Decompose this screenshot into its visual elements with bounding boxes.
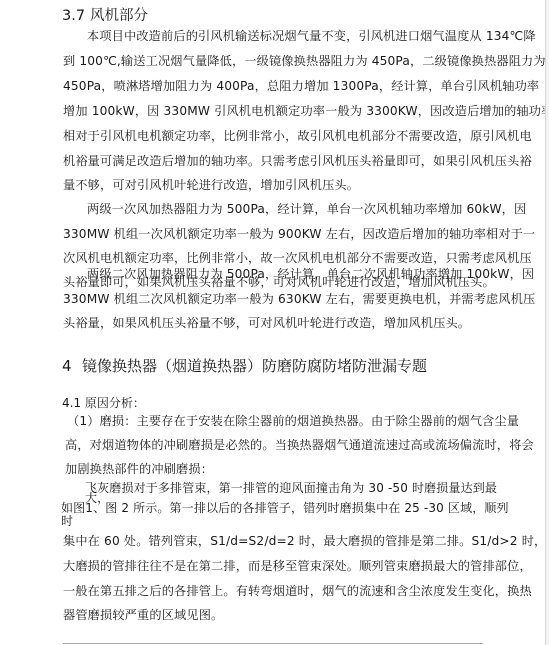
paragraph-line-wrap: 时 xyxy=(61,513,73,529)
paragraph-line: 集中在 60 处。错列管束，S1/d=S2/d=2 时，最大磨损的管排是第二排。… xyxy=(63,533,549,549)
document-page: 3.7风机部分 本项目中改造前后的引风机输送标况烟气量不变，引风机进口烟气温度从… xyxy=(0,0,545,645)
viewer-right-edge xyxy=(545,0,549,645)
paragraph-line: 一般在第五排之后的各排管上。有转弯烟道时，烟气的流速和含尘浓度发生变化，换热 xyxy=(63,583,532,599)
paragraph-line: 量不够，可对引风机叶轮进行改造，增加引风机压头。 xyxy=(63,177,359,193)
paragraph-line: 机裕量可满足改造后增加的轴功率。只需考虑引风机压头裕量即可，如果引风机压头裕 xyxy=(63,153,532,169)
paragraph-line: 450Pa，喷淋塔增加阻力为 400Pa，总阻力增加 1300Pa，经计算，单台… xyxy=(63,78,539,94)
paragraph-line: 到 100℃,输送工况烟气量降低，一级镜像换热器阻力为 450Pa，二级镜像换热… xyxy=(63,53,546,69)
paragraph-line: 330MW 机组二次风机额定功率一般为 630KW 左右，需要更换电机，并需考虑… xyxy=(63,291,535,307)
subsection-4-1-heading: 4.1 原因分析： xyxy=(62,395,145,411)
paragraph-line: 相对于引风机电机额定功率，比例非常小，故引风机电机部分不需要改造，原引风机电 xyxy=(63,128,532,144)
section-number: 4 xyxy=(62,357,82,375)
paragraph-line: 330MW 机组一次风机额定功率一般为 900KW 左右，因改造后增加的轴功率相… xyxy=(63,226,535,242)
paragraph-line: （1）磨损：主要存在于安装在除尘器前的烟道换热器。由于除尘器前的烟气含尘量 xyxy=(67,413,519,429)
section-number: 3.7 xyxy=(62,7,90,25)
paragraph-line: 两级二次风加热器阻力为 500Pa，经计算，单台二次风机轴功率增加 100kW，… xyxy=(87,266,534,282)
paragraph-line: 飞灰磨损对于多排管束，第一排管的迎风面撞击角为 30 -50 时磨损量达到最 xyxy=(85,480,497,496)
paragraph-line: 增加 100kW，因 330MW 引风机电机额定功率一般为 3300KW，因改造… xyxy=(63,103,549,119)
paragraph-line: 头裕量，如果风机压头裕量不够，可对风机叶轮进行改造，增加风机压头。 xyxy=(63,315,470,331)
paragraph-line: 两级一次风加热器阻力为 500Pa，经计算，单台一次风机轴功率增加 60kW，因 xyxy=(87,201,526,217)
paragraph-line: 加剧换热部件的冲刷磨损： xyxy=(65,461,213,477)
paragraph-line: 器管磨损较严重的区域见图。 xyxy=(63,607,223,623)
section-title: 风机部分 xyxy=(90,8,148,24)
section-3-7-heading: 3.7风机部分 xyxy=(62,7,148,25)
section-4-heading: 4镜像换热器（烟道换热器）防磨防腐防堵防泄漏专题 xyxy=(62,357,427,375)
paragraph-line: 次风机电机额定功率，比例非常小，故一次风机电机部分不需要改造，只需考虑风机压 xyxy=(63,250,532,266)
paragraph-line: 大磨损的管排往往不是在第二排，而是移至管束深处。顺列管束磨损最大的管排部位， xyxy=(63,558,532,574)
page-bottom-rule xyxy=(63,643,483,644)
paragraph-line: 高，对烟道物体的冲刷磨损是必然的。当换热器烟气通道流速过高或流场偏流时，将会 xyxy=(65,437,534,453)
paragraph-line: 如图1、图 2 所示。第一排以后的各排管子，错列时磨损集中在 25 -30 区域… xyxy=(61,500,509,516)
paragraph-line: 本项目中改造前后的引风机输送标况烟气量不变，引风机进口烟气温度从 134℃降 xyxy=(87,28,536,44)
section-title: 镜像换热器（烟道换热器）防磨防腐防堵防泄漏专题 xyxy=(82,357,427,375)
